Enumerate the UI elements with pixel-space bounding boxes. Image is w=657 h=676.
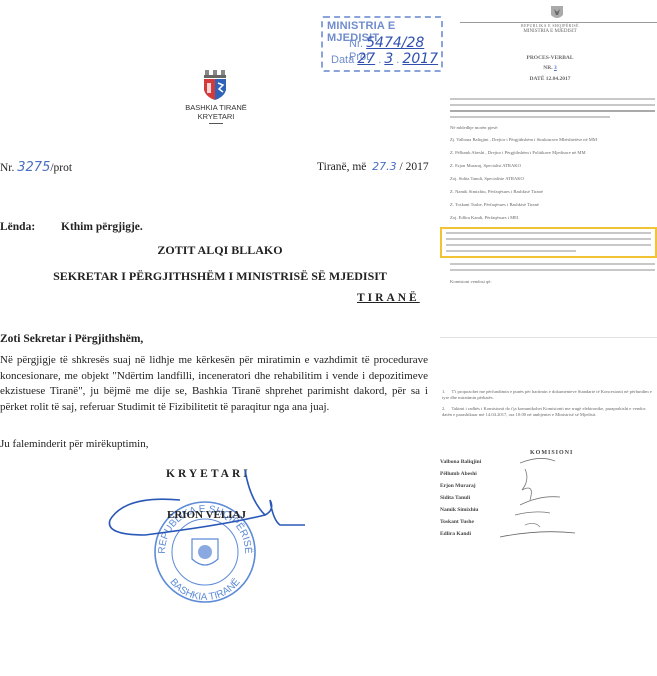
paragraph-line [446,244,651,246]
commission-member-name: Namik Simixhiu [440,507,478,513]
commission-member-name: Toskant Tushe [440,519,474,525]
member-item: Z. Erjon Muraraj, Specialist ATRAKO [450,163,521,169]
handwritten-date: 27.3 [372,160,397,173]
letterhead-line2: KRYETARI [178,112,254,121]
stamp-date-line: Data 27 . 3 . 2017 [331,51,438,67]
letterhead-line1: BASHKIA TIRANË [178,103,254,112]
commission-decided: Komisioni vendosi që: [450,279,492,285]
decision-2: 2.Takimi i radhës i Komisionit do t'ja k… [442,406,654,417]
subject: Kthim përgjigje. [61,221,143,233]
paragraph-line [446,232,651,234]
member-item: Zj. Valbona Baliqjini , Drejtor i Përgji… [450,137,597,143]
place-date: Tiranë, më 27.3 / 2017 [317,160,429,173]
addressee: ZOTIT ALQI BLLAKO [0,243,440,258]
document-title: PROCES-VERBAL [500,56,600,62]
ref-value: 3275 [17,160,50,175]
city: TIRANË [357,292,420,304]
reference-number: Nr. 3275/prot [0,160,72,175]
tirana-coat-of-arms-icon [200,70,230,102]
closing: Ju faleminderit për mirëkuptimin, [0,438,148,450]
document-number: NR. 3 [500,66,600,72]
addressee-title: SEKRETAR I PËRGJITHSHËM I MINISTRISË SË … [0,269,440,284]
salutation: Zoti Sekretar i Përgjithshëm, [0,333,143,345]
ref-label: Nr. [0,162,14,174]
decision-number: 1. [442,389,445,394]
paragraph-line [450,263,655,265]
commission-signatures-icon [500,455,590,540]
members-intro: Në mbledhje morën pjesë: [450,125,498,131]
date-year: / 2017 [400,161,429,173]
nr-value: 3 [554,65,557,71]
member-item: Zoj. Sidita Tanuli, Specialiste ATRAKO [450,176,524,182]
decision-1: 1.T'i propozohet me përfundimin e punës … [442,389,654,400]
header-rule [460,22,657,23]
member-item: Z. Toskant Tushe, Përfaqësues i Bashkisë… [450,202,539,208]
svg-text:BASHKIA TIRANË: BASHKIA TIRANË [167,576,242,603]
handwritten-signature-icon [105,470,305,560]
place-label: Tiranë, më [317,161,366,173]
nr-label: NR. [543,65,552,71]
paragraph-line [446,250,576,252]
paragraph-line [450,104,655,106]
document-date: DATË 12.04.2017 [500,77,600,83]
ministry-header: MINISTRIA E MJEDISIT [500,29,600,35]
letter-body: Në përgjigje të shkresës suaj në lidhje … [0,353,428,415]
commission-member-name: Erjon Muraraj [440,483,476,489]
paragraph-line [446,238,651,240]
commission-member-name: Pëllumb Abeshi [440,471,477,477]
letterhead-divider [209,123,223,124]
commission-member-name: Edlira Kandi [440,531,471,537]
ref-suffix: /prot [50,162,72,174]
commission-member-name: Sidita Tanuli [440,495,470,501]
decision-text: Takimi i radhës i Komisionit do t'ja kom… [442,406,646,417]
member-item: Z. Pëllumb Abeshi , Drejtor i Përgjithsh… [450,150,586,156]
stamp-date-day: 27 [357,51,375,67]
registration-stamp: MINISTRIA E MJEDISIT Nr. 5474/28 Prot. D… [321,16,443,72]
decision-text: T'i propozohet me përfundimin e punës pë… [442,389,652,400]
decision-number: 2. [442,406,445,411]
municipality-letterhead: BASHKIA TIRANË KRYETARI [178,103,254,124]
stamp-date-year: 2017 [402,51,438,67]
stamp-date-month: 3 [384,51,393,67]
page-break [440,337,657,338]
paragraph-line [450,98,655,100]
proces-verbal-document: REPUBLIKA E SHQIPËRISË MINISTRIA E MJEDI… [440,0,657,676]
paragraph-line [450,110,655,112]
highlighted-paragraph [440,227,657,258]
paragraph-line [450,269,655,271]
stamp-date-label: Data [331,54,354,66]
subject-label: Lënda: [0,221,35,233]
stamp-nr-value: 5474/28 [366,35,424,51]
paragraph-line [450,116,610,118]
stamp-nr-label: Nr. [349,38,363,50]
member-item: Z. Namik Simixhiu, Përfaqësues i Bashkis… [450,189,543,195]
commission-member-name: Valbona Baliqjini [440,459,481,465]
member-item: Zoj. Edlira Kandi, Përfaqësues i MEI [450,215,519,221]
albania-emblem-icon [550,5,564,21]
